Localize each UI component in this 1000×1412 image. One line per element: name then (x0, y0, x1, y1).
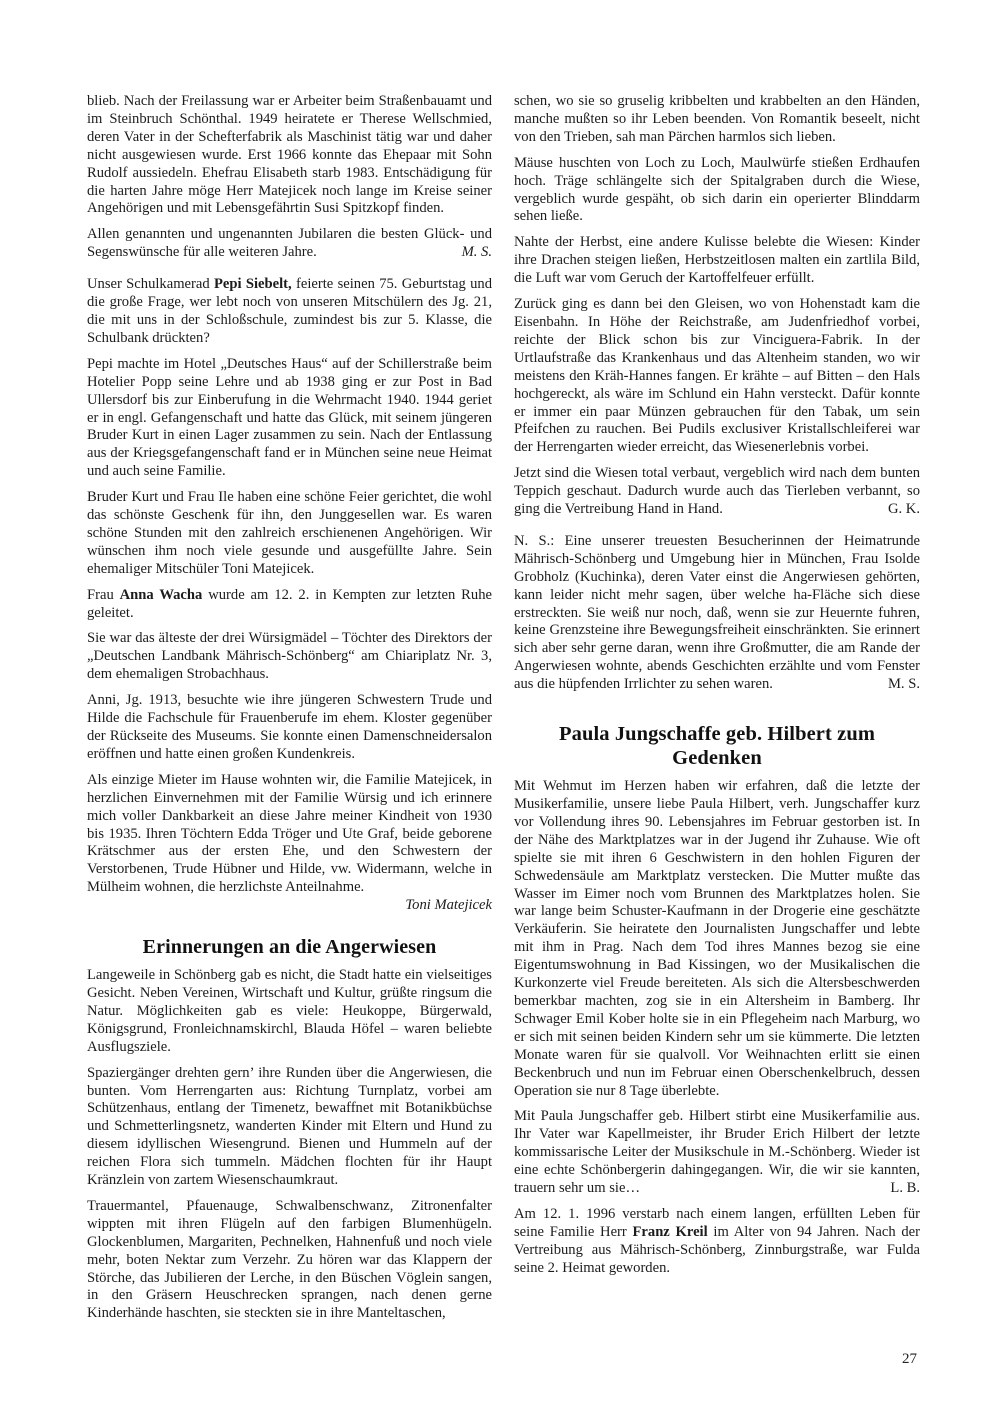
paragraph: blieb. Nach der Freilassung war er Arbei… (87, 93, 492, 218)
paragraph-text: Frau (87, 587, 120, 603)
article-heading: Erinnerungen an die Angerwiesen (87, 935, 492, 959)
paragraph: Allen genannten und ungenannten Jubilare… (87, 226, 492, 262)
paragraph: Langeweile in Schönberg gab es nicht, di… (87, 967, 492, 1057)
newsletter-page: blieb. Nach der Freilassung war er Arbei… (0, 0, 1000, 1412)
paragraph: Unser Schulkamerad Pepi Siebelt, feierte… (87, 276, 492, 348)
signature: M. S. (462, 244, 492, 262)
paragraph: Nahte der Herbst, eine andere Kulisse be… (514, 234, 920, 288)
paragraph: Frau Anna Wacha wurde am 12. 2. in Kempt… (87, 587, 492, 623)
person-name: Anna Wacha (120, 587, 203, 603)
paragraph: Als einzige Mieter im Hause wohnten wir,… (87, 772, 492, 915)
paragraph: schen, wo sie so gruselig kribbelten und… (514, 93, 920, 147)
paragraph-text: N. S.: Eine unserer treuesten Besucherin… (514, 533, 920, 692)
paragraph-text: Jetzt sind die Wiesen total verbaut, ver… (514, 465, 920, 517)
person-name: Franz Kreil (633, 1224, 708, 1240)
paragraph: Spaziergänger drehten gern’ ihre Runden … (87, 1065, 492, 1190)
signature: M. S. (888, 676, 920, 694)
paragraph: Mit Paula Jungschaffer geb. Hilbert stir… (514, 1108, 920, 1198)
person-name: Pepi Siebelt, (214, 276, 292, 292)
signature: L. B. (890, 1180, 920, 1198)
paragraph: Anni, Jg. 1913, besuchte wie ihre jünger… (87, 692, 492, 764)
paragraph-text: Als einzige Mieter im Hause wohnten wir,… (87, 772, 492, 895)
paragraph: Zurück ging es dann bei den Gleisen, wo … (514, 296, 920, 457)
paragraph: Sie war das älteste der drei Würsigmädel… (87, 630, 492, 684)
left-column: blieb. Nach der Freilassung war er Arbei… (87, 93, 492, 1331)
paragraph: Trauermantel, Pfauenauge, Schwalbenschwa… (87, 1198, 492, 1323)
right-column: schen, wo sie so gruselig kribbelten und… (514, 93, 920, 1286)
paragraph-text: Unser Schulkamerad (87, 276, 214, 292)
paragraph: N. S.: Eine unserer treuesten Besucherin… (514, 533, 920, 694)
paragraph: Bruder Kurt und Frau Ile haben eine schö… (87, 489, 492, 579)
paragraph-text: Allen genannten und ungenannten Jubilare… (87, 226, 492, 260)
paragraph: Jetzt sind die Wiesen total verbaut, ver… (514, 465, 920, 519)
signature: G. K. (888, 501, 920, 519)
paragraph: Mit Wehmut im Herzen haben wir erfahren,… (514, 778, 920, 1100)
paragraph-text: Mit Paula Jungschaffer geb. Hilbert stir… (514, 1108, 920, 1196)
paragraph: Am 12. 1. 1996 verstarb nach einem lange… (514, 1206, 920, 1278)
article-heading: Paula Jungschaffe geb. Hilbert zum Geden… (514, 722, 920, 770)
signature: Toni Matejicek (87, 897, 492, 915)
paragraph: Mäuse huschten von Loch zu Loch, Maulwür… (514, 155, 920, 227)
page-number: 27 (902, 1351, 917, 1368)
paragraph: Pepi machte im Hotel „Deutsches Haus“ au… (87, 356, 492, 481)
